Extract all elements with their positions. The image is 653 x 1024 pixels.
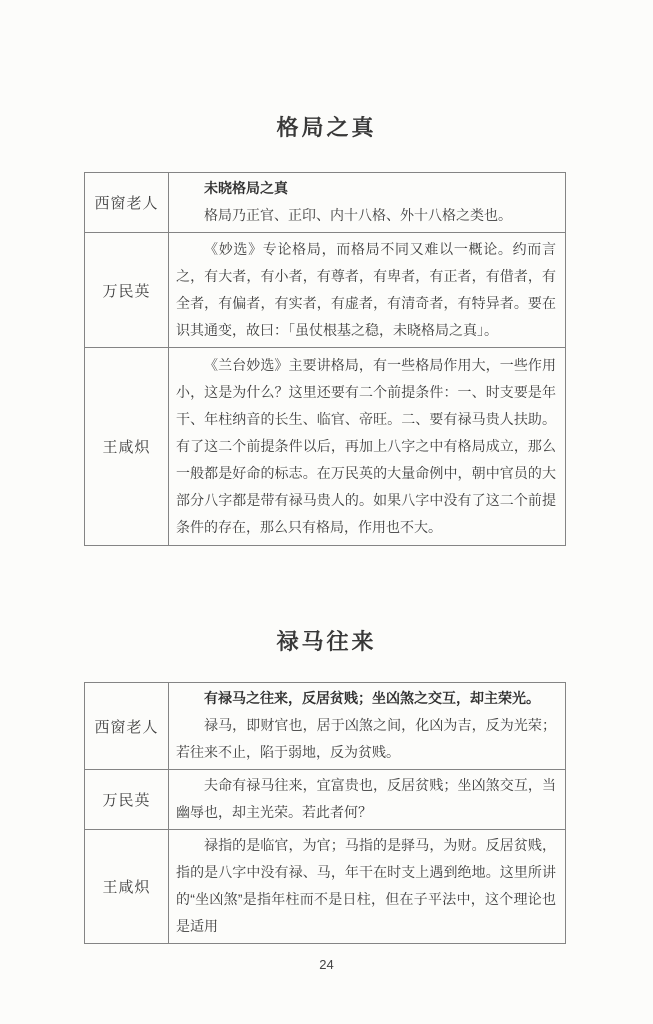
row-heading: 未晓格局之真 — [176, 175, 556, 202]
page-number: 24 — [0, 957, 653, 972]
table-row: 西窗老人 未晓格局之真 格局乃正官、正印、内十八格、外十八格之类也。 — [85, 173, 566, 233]
content-cell: 《妙选》专论格局，而格局不同又难以一概论。约而言之，有大者，有小者，有尊者，有卑… — [169, 233, 566, 348]
content-cell: 未晓格局之真 格局乃正官、正印、内十八格、外十八格之类也。 — [169, 173, 566, 233]
row-paragraph: 夫命有禄马往来，宜富贵也，反居贫贱；坐凶煞交互，当幽辱也，却主光荣。若此者何？ — [176, 772, 556, 826]
table-row: 王咸炽 《兰台妙选》主要讲格局，有一些格局作用大，一些作用小，这是为什么？这里还… — [85, 348, 566, 546]
table-row: 万民英 夫命有禄马往来，宜富贵也，反居贫贱；坐凶煞交互，当幽辱也，却主光荣。若此… — [85, 770, 566, 830]
author-cell: 西窗老人 — [85, 683, 169, 770]
row-heading: 有禄马之往来，反居贫贱；坐凶煞之交互，却主荣光。 — [176, 685, 556, 712]
content-cell: 夫命有禄马往来，宜富贵也，反居贫贱；坐凶煞交互，当幽辱也，却主光荣。若此者何？ — [169, 770, 566, 830]
table-row: 王咸炽 禄指的是临官，为官；马指的是驿马，为财。反居贫贱，指的是八字中没有禄、马… — [85, 830, 566, 944]
row-paragraph: 禄指的是临官，为官；马指的是驿马，为财。反居贫贱，指的是八字中没有禄、马，年干在… — [176, 832, 556, 940]
table-row: 万民英 《妙选》专论格局，而格局不同又难以一概论。约而言之，有大者，有小者，有尊… — [85, 233, 566, 348]
table-luma: 西窗老人 有禄马之往来，反居贫贱；坐凶煞之交互，却主荣光。 禄马，即财官也，居于… — [84, 682, 566, 944]
table-geju: 西窗老人 未晓格局之真 格局乃正官、正印、内十八格、外十八格之类也。 万民英 《… — [84, 172, 566, 546]
row-paragraph: 《妙选》专论格局，而格局不同又难以一概论。约而言之，有大者，有小者，有尊者，有卑… — [176, 236, 556, 344]
author-cell: 王咸炽 — [85, 348, 169, 546]
content-cell: 禄指的是临官，为官；马指的是驿马，为财。反居贫贱，指的是八字中没有禄、马，年干在… — [169, 830, 566, 944]
content-cell: 《兰台妙选》主要讲格局，有一些格局作用大，一些作用小，这是为什么？这里还要有二个… — [169, 348, 566, 546]
table-row: 西窗老人 有禄马之往来，反居贫贱；坐凶煞之交互，却主荣光。 禄马，即财官也，居于… — [85, 683, 566, 770]
author-cell: 王咸炽 — [85, 830, 169, 944]
section-title-luma: 禄马往来 — [0, 630, 653, 654]
section-title-geju: 格局之真 — [0, 116, 653, 140]
content-cell: 有禄马之往来，反居贫贱；坐凶煞之交互，却主荣光。 禄马，即财官也，居于凶煞之间，… — [169, 683, 566, 770]
row-paragraph: 《兰台妙选》主要讲格局，有一些格局作用大，一些作用小，这是为什么？这里还要有二个… — [176, 352, 556, 541]
row-paragraph: 禄马，即财官也，居于凶煞之间，化凶为吉，反为光荣；若往来不止，陷于弱地，反为贫贱… — [176, 712, 556, 766]
author-cell: 万民英 — [85, 233, 169, 348]
author-cell: 西窗老人 — [85, 173, 169, 233]
row-paragraph: 格局乃正官、正印、内十八格、外十八格之类也。 — [176, 202, 556, 229]
author-cell: 万民英 — [85, 770, 169, 830]
book-page: 格局之真 西窗老人 未晓格局之真 格局乃正官、正印、内十八格、外十八格之类也。 … — [0, 0, 653, 1024]
